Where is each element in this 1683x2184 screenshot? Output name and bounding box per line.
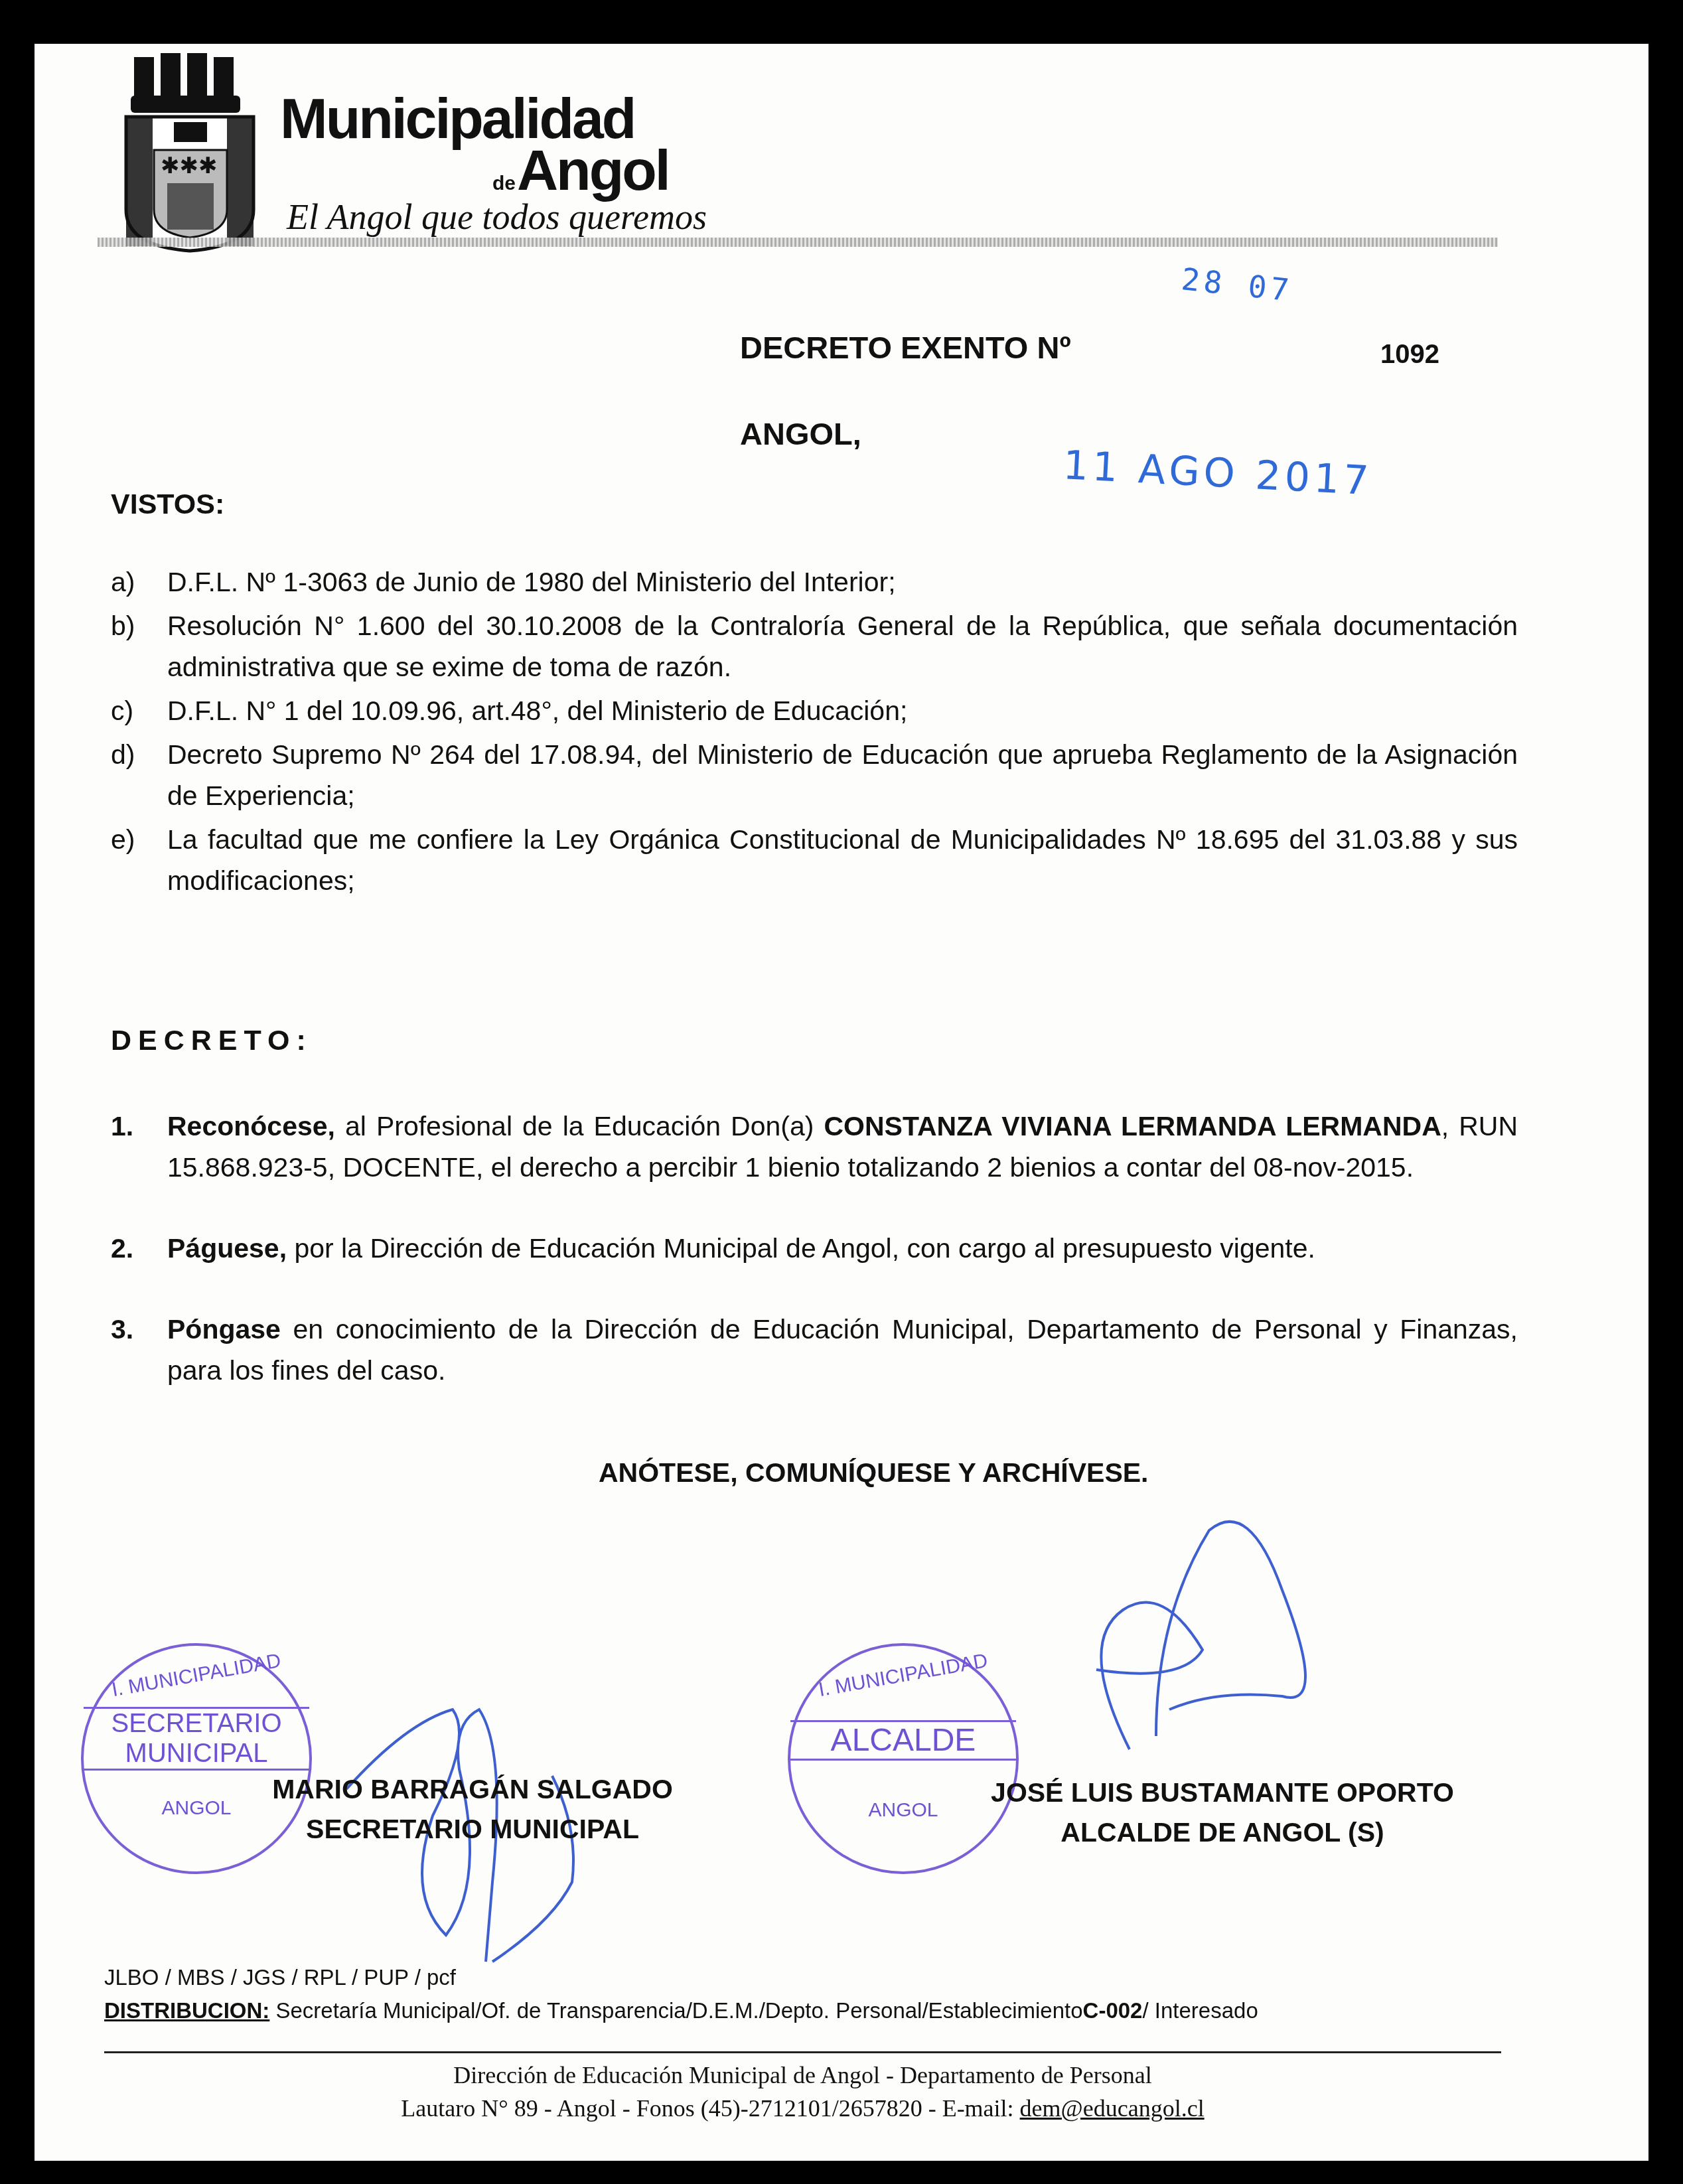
- item-lead: Páguese,: [167, 1233, 287, 1264]
- vistos-list: a)D.F.L. Nº 1-3063 de Junio de 1980 del …: [111, 561, 1518, 904]
- decreto-item: 3. Póngase en conocimiento de la Direcci…: [111, 1309, 1518, 1391]
- item-label: 2.: [111, 1228, 167, 1269]
- vistos-item: a)D.F.L. Nº 1-3063 de Junio de 1980 del …: [111, 561, 1518, 603]
- org-name-de: de: [492, 173, 516, 194]
- item-text-a: por la Dirección de Educación Municipal …: [287, 1233, 1315, 1264]
- seal-top-text: I. MUNICIPALIDAD: [790, 1645, 1017, 1707]
- item-text: Páguese, por la Dirección de Educación M…: [167, 1228, 1518, 1269]
- item-text: D.F.L. N° 1 del 10.09.96, art.48°, del M…: [167, 690, 1518, 731]
- mayor-role: ALCALDE DE ANGOL (S): [970, 1812, 1475, 1852]
- vistos-item: d)Decreto Supremo Nº 264 del 17.08.94, d…: [111, 734, 1518, 816]
- decree-number: 1092: [1380, 340, 1439, 370]
- item-lead: Reconócese,: [167, 1111, 335, 1141]
- footer-address: Lautaro N° 89 - Angol - Fonos (45)-27121…: [401, 2095, 1019, 2122]
- secretary-signature-block: MARIO BARRAGÁN SALGADO SECRETARIO MUNICI…: [234, 1769, 711, 1849]
- seal-line1: SECRETARIO: [84, 1707, 309, 1739]
- distribution-code: C-002: [1083, 1998, 1143, 2023]
- seal-line1: ALCALDE: [790, 1720, 1016, 1761]
- item-label: a): [111, 561, 167, 603]
- secretary-role: SECRETARIO MUNICIPAL: [234, 1809, 711, 1849]
- item-text: La facultad que me confiere la Ley Orgán…: [167, 819, 1518, 901]
- vistos-item: c)D.F.L. N° 1 del 10.09.96, art.48°, del…: [111, 690, 1518, 731]
- beneficiary-name: CONSTANZA VIVIANA LERMANDA LERMANDA: [824, 1111, 1441, 1141]
- item-text-a: en conocimiento de la Dirección de Educa…: [167, 1314, 1518, 1386]
- vistos-heading: VISTOS:: [111, 488, 224, 521]
- footer-line2: Lautaro N° 89 - Angol - Fonos (45)-27121…: [104, 2094, 1501, 2122]
- distribution-label: DISTRIBUCION:: [104, 1998, 269, 2023]
- item-text: Póngase en conocimiento de la Dirección …: [167, 1309, 1518, 1391]
- svg-text:✱✱✱: ✱✱✱: [161, 153, 217, 179]
- mayor-name: JOSÉ LUIS BUSTAMANTE OPORTO: [970, 1773, 1475, 1812]
- seal-line2: MUNICIPAL: [84, 1739, 309, 1771]
- document-page: ✱✱✱ Municipalidad deAngol El Angol que t…: [35, 44, 1648, 2161]
- item-text: D.F.L. Nº 1-3063 de Junio de 1980 del Mi…: [167, 561, 1518, 603]
- item-lead: Póngase: [167, 1314, 281, 1345]
- item-label: b): [111, 605, 167, 688]
- header-divider: [98, 238, 1498, 247]
- decreto-item: 2. Páguese, por la Dirección de Educació…: [111, 1228, 1518, 1269]
- distribution-text: Secretaría Municipal/Of. de Transparenci…: [269, 1998, 1082, 2023]
- item-text: Resolución N° 1.600 del 30.10.2008 de la…: [167, 605, 1518, 688]
- closing-formula: ANÓTESE, COMUNÍQUESE Y ARCHÍVESE.: [599, 1457, 1149, 1489]
- secretary-name: MARIO BARRAGÁN SALGADO: [234, 1769, 711, 1809]
- mayor-signature-icon: [1083, 1510, 1481, 1763]
- org-name-angol: Angol: [517, 139, 669, 202]
- footer-email-link[interactable]: dem@educangol.cl: [1020, 2095, 1205, 2122]
- decreto-list: 1. Reconócese, al Profesional de la Educ…: [111, 1106, 1518, 1431]
- decreto-heading: DECRETO:: [111, 1025, 313, 1057]
- initials-line: JLBO / MBS / JGS / RPL / PUP / pcf: [104, 1965, 456, 1990]
- date-stamp: 11 AGO 2017: [1062, 442, 1374, 504]
- decreto-item: 1. Reconócese, al Profesional de la Educ…: [111, 1106, 1518, 1188]
- item-text: Decreto Supremo Nº 264 del 17.08.94, del…: [167, 734, 1518, 816]
- org-name-line2: deAngol: [492, 142, 669, 199]
- footer-divider: [104, 2051, 1501, 2053]
- item-text: Reconócese, al Profesional de la Educaci…: [167, 1106, 1518, 1188]
- item-label: 1.: [111, 1106, 167, 1188]
- vistos-item: e)La facultad que me confiere la Ley Org…: [111, 819, 1518, 901]
- item-text-a: al Profesional de la Educación Don(a): [335, 1111, 824, 1141]
- item-label: d): [111, 734, 167, 816]
- mayor-signature-block: JOSÉ LUIS BUSTAMANTE OPORTO ALCALDE DE A…: [970, 1773, 1475, 1852]
- decree-place: ANGOL,: [740, 415, 861, 452]
- seal-top-text: I. MUNICIPALIDAD: [84, 1645, 310, 1707]
- item-label: c): [111, 690, 167, 731]
- org-slogan: El Angol que todos queremos: [287, 196, 707, 238]
- received-stamp: 28 07: [1180, 261, 1295, 308]
- vistos-item: b)Resolución N° 1.600 del 30.10.2008 de …: [111, 605, 1518, 688]
- distribution-line: DISTRIBUCION: Secretaría Municipal/Of. d…: [104, 1998, 1258, 2023]
- footer-line1: Dirección de Educación Municipal de Ango…: [104, 2061, 1501, 2089]
- item-label: 3.: [111, 1309, 167, 1391]
- distribution-tail: / Interesado: [1142, 1998, 1258, 2023]
- item-label: e): [111, 819, 167, 901]
- decree-title: DECRETO EXENTO Nº: [740, 329, 1071, 366]
- municipal-crest-icon: ✱✱✱: [114, 44, 273, 256]
